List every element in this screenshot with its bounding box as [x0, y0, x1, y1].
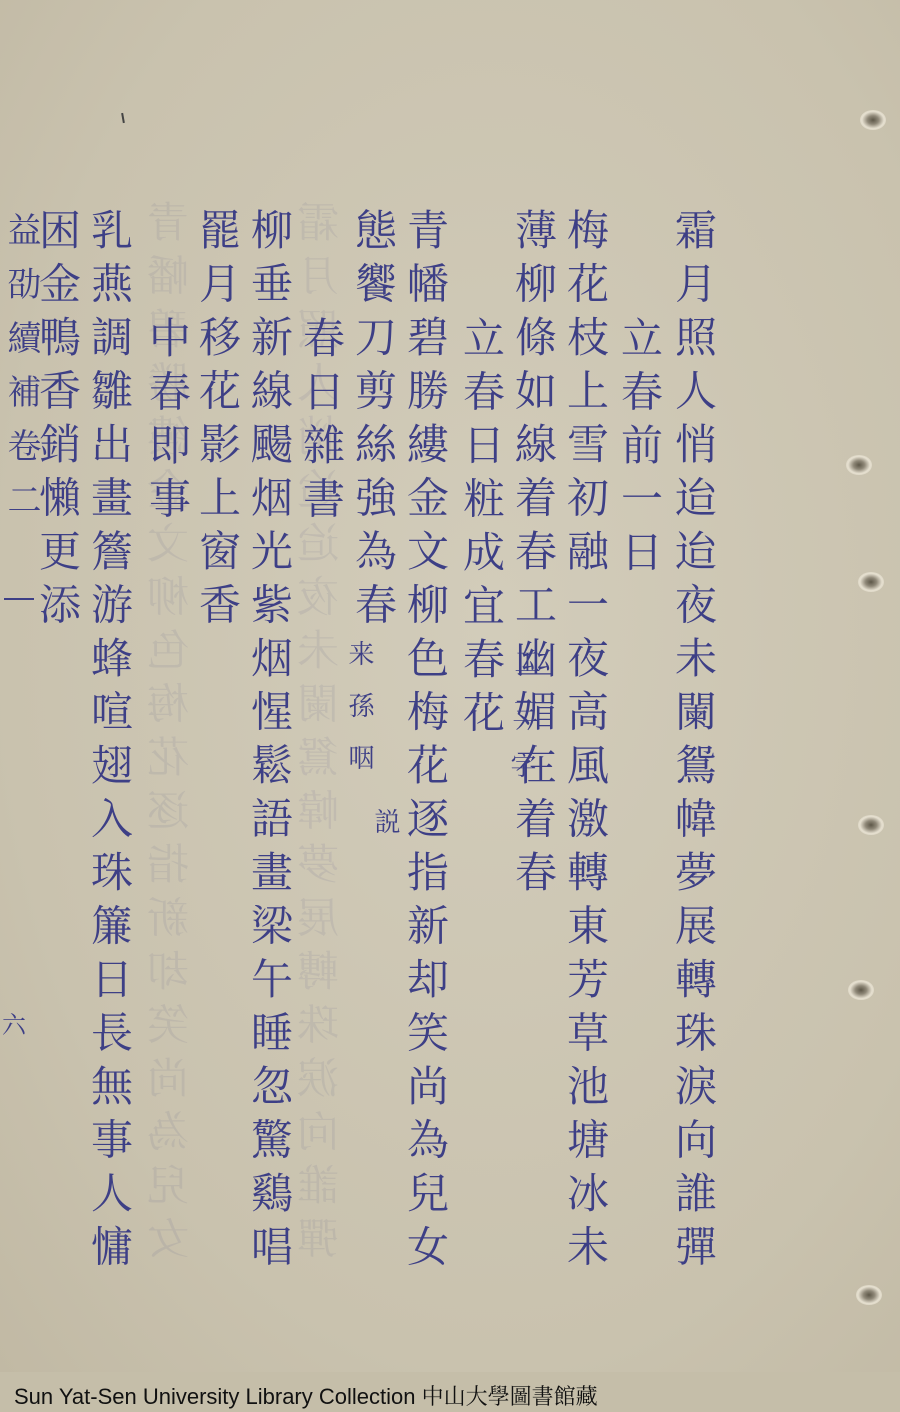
- collection-credit: Sun Yat-Sen University Library Collectio…: [14, 1380, 598, 1411]
- manuscript-page: 霜月照人悄迨迨夜未闌鴛幃夢展轉珠淚向誰彈 青幡碧勝縷金文柳色梅花逐指新却笑尚為兒…: [0, 0, 900, 1372]
- binding-hole: [858, 815, 884, 835]
- verse-column-5: 態饗刀剪絲強為春: [352, 208, 394, 636]
- binding-hole: [856, 1285, 882, 1305]
- annotation: 来孫咽: [346, 640, 372, 796]
- verse-column-4: 青幡碧勝縷金文柳色梅花逐指新却笑尚為兒女: [404, 208, 446, 1278]
- title-column-4: 中春即事: [146, 316, 188, 530]
- verse-column-8: 乳燕調雛出畫簷游蜂喧翅入珠簾日長無事人慵: [88, 208, 130, 1278]
- title-column-1: 立春前一日: [618, 316, 660, 584]
- annotation: 三: [510, 698, 536, 750]
- verse-column-9: 困金鴨香銷懶更添: [36, 208, 78, 636]
- verse-column-7: 罷月移花影上窗香: [196, 208, 238, 636]
- binding-hole: [846, 455, 872, 475]
- binding-hole: [848, 980, 874, 1000]
- margin-underline: [4, 598, 34, 600]
- title-column-2: 立春日粧成宜春花: [460, 316, 502, 744]
- ink-mark: [121, 113, 125, 123]
- annotation: 説: [372, 808, 398, 860]
- page-number: 六: [2, 1005, 26, 1040]
- title-column-3: 春日雜書: [300, 316, 342, 530]
- collection-footer: Sun Yat-Sen University Library Collectio…: [0, 1372, 900, 1412]
- annotation: 字: [508, 752, 534, 804]
- verse-column-6: 柳垂新線颺烟光紫烟惺鬆語畫梁午睡忽驚鷄唱: [248, 208, 290, 1278]
- binding-hole: [860, 110, 886, 130]
- verse-column-2: 梅花枝上雪初融一夜高風激轉東芳草池塘冰未: [564, 208, 606, 1278]
- volume-margin-title: 益劭續補卷二: [4, 212, 38, 536]
- binding-hole: [858, 572, 884, 592]
- verse-column-1: 霜月照人悄迨迨夜未闌鴛幃夢展轉珠淚向誰彈: [672, 208, 714, 1278]
- annotation: 工: [512, 648, 538, 700]
